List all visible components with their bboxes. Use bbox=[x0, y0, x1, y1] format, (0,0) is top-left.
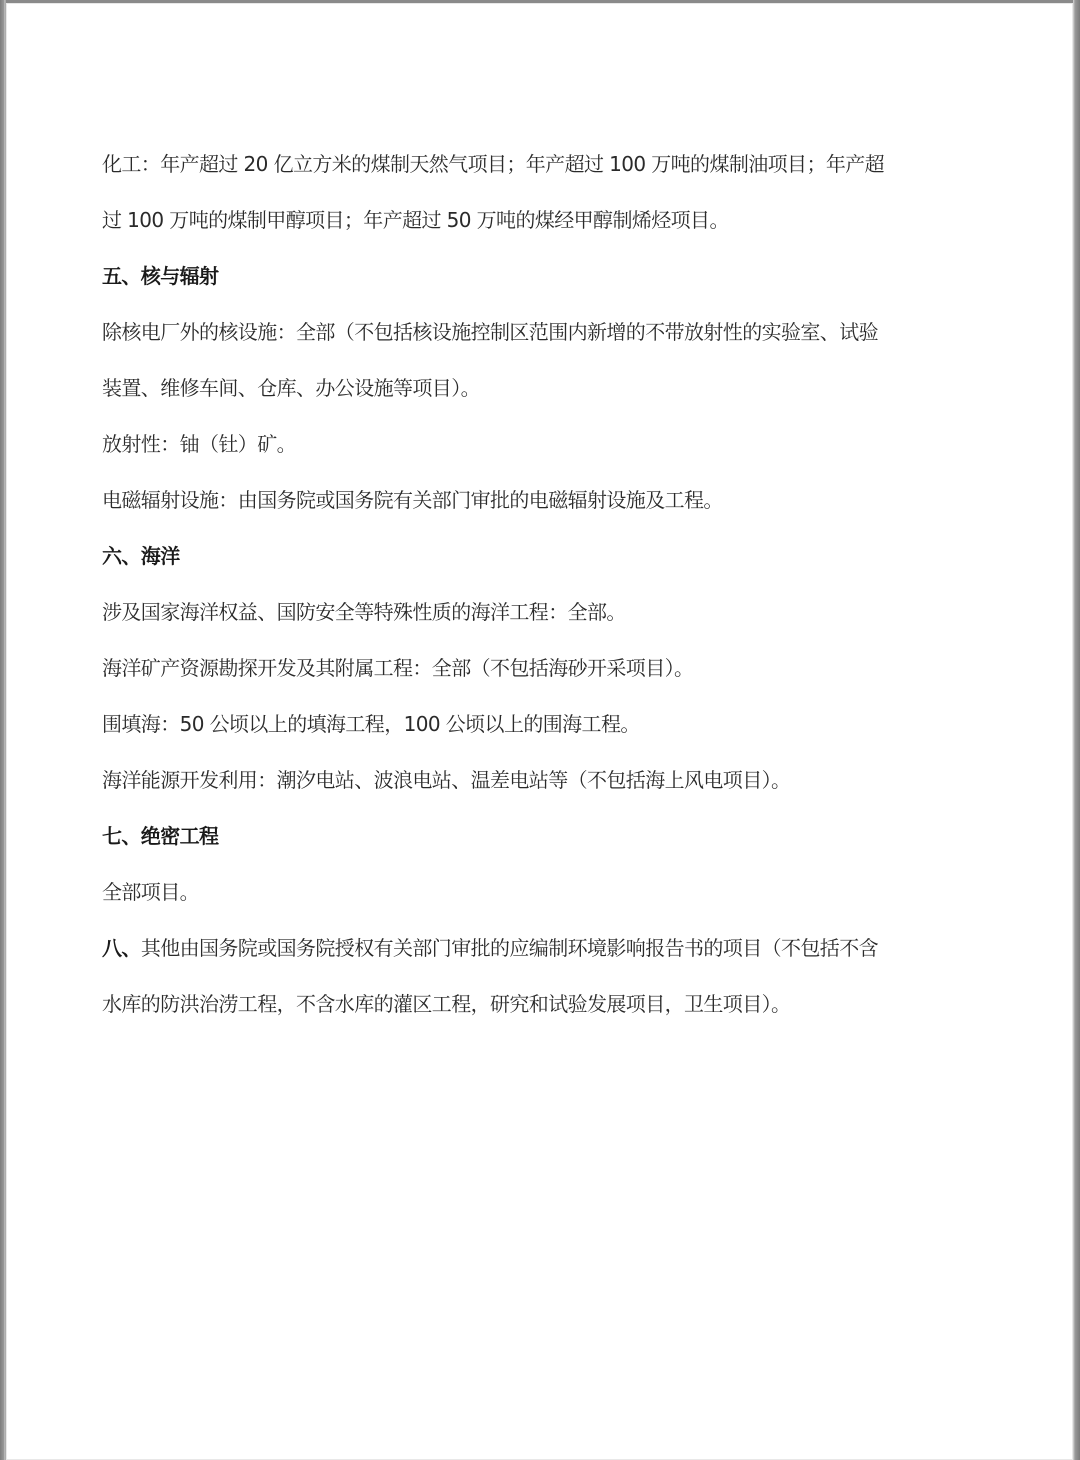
right-edge-shadow bbox=[1073, 0, 1080, 1460]
section-heading-classified: 七、绝密工程 bbox=[102, 808, 982, 864]
paragraph-other-text: 其他由国务院或国务院授权有关部门审批的应编制环境影响报告书的项目（不包括不含 bbox=[141, 936, 878, 960]
paragraph-electromagnetic: 电磁辐射设施：由国务院或国务院有关部门审批的电磁辐射设施及工程。 bbox=[102, 472, 982, 528]
section-number-eight: 八、 bbox=[102, 936, 141, 960]
paragraph-ocean-rights: 涉及国家海洋权益、国防安全等特殊性质的海洋工程：全部。 bbox=[102, 584, 982, 640]
paragraph-ocean-energy: 海洋能源开发利用：潮汐电站、波浪电站、温差电站等（不包括海上风电项目）。 bbox=[102, 752, 982, 808]
section-heading-nuclear: 五、核与辐射 bbox=[102, 248, 982, 304]
paragraph-other-line-1: 八、其他由国务院或国务院授权有关部门审批的应编制环境影响报告书的项目（不包括不含 bbox=[102, 920, 982, 976]
paragraph-other-line-2: 水库的防洪治涝工程，不含水库的灌区工程，研究和试验发展项目，卫生项目）。 bbox=[102, 976, 982, 1032]
page-content: 化工：年产超过 20 亿立方米的煤制天然气项目；年产超过 100 万吨的煤制油项… bbox=[102, 136, 982, 1032]
paragraph-chemical-line-1: 化工：年产超过 20 亿立方米的煤制天然气项目；年产超过 100 万吨的煤制油项… bbox=[102, 136, 982, 192]
document-viewer: 化工：年产超过 20 亿立方米的煤制天然气项目；年产超过 100 万吨的煤制油项… bbox=[0, 0, 1080, 1460]
paragraph-ocean-mineral: 海洋矿产资源勘探开发及其附属工程：全部（不包括海砂开采项目）。 bbox=[102, 640, 982, 696]
paragraph-reclamation: 围填海：50 公顷以上的填海工程，100 公顷以上的围海工程。 bbox=[102, 696, 982, 752]
paragraph-nuclear-facilities-line-1: 除核电厂外的核设施：全部（不包括核设施控制区范围内新增的不带放射性的实验室、试验 bbox=[102, 304, 982, 360]
document-page: 化工：年产超过 20 亿立方米的煤制天然气项目；年产超过 100 万吨的煤制油项… bbox=[6, 3, 1073, 1460]
section-heading-ocean: 六、海洋 bbox=[102, 528, 982, 584]
paragraph-all-projects: 全部项目。 bbox=[102, 864, 982, 920]
paragraph-nuclear-facilities-line-2: 装置、维修车间、仓库、办公设施等项目）。 bbox=[102, 360, 982, 416]
paragraph-chemical-line-2: 过 100 万吨的煤制甲醇项目；年产超过 50 万吨的煤经甲醇制烯烃项目。 bbox=[102, 192, 982, 248]
paragraph-radioactive: 放射性：铀（钍）矿。 bbox=[102, 416, 982, 472]
